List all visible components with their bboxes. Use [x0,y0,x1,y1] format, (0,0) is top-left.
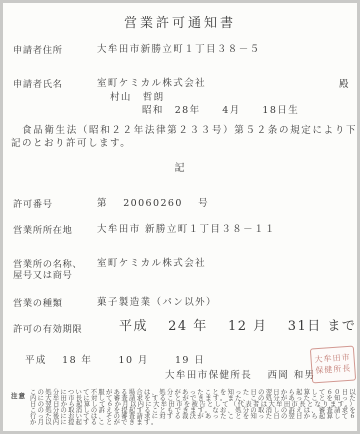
note-label: 注意 [11,391,26,400]
issue-date: 平成 18 年 10 月 19 日 [25,352,205,366]
applicant-company-name: 室町ケミカル株式会社 [97,75,206,89]
record-marker: 記 [3,159,357,174]
permit-notification-document: 営業許可通知書 申請者住所 大牟田市新勝立町１丁目３８－５ 申請者氏名 室町ケミ… [0,0,360,434]
representative-name: 村山 哲朗 [110,89,165,103]
validity-label: 許可の有効期限 [13,321,82,335]
office-location-value: 大牟田市 新勝立町１丁目３８－１１ [97,221,276,235]
stamp-text-line2: 保健所長 [315,363,352,376]
permit-number-label: 許可番号 [13,196,53,210]
note-text: この処分について不服がある場合は、処分があったことを知った日の翌日から起算して６… [30,390,357,426]
validity-value: 平成 24 年 12 月 31日 まで [119,315,356,334]
issuer-name: 大牟田市保健所長 西岡 和男 [165,367,316,381]
applicant-name-label: 申請者氏名 [13,76,63,90]
permit-number-value: 第 20060260 号 [97,195,209,209]
business-type-value: 菓子製造業（パン以外） [97,294,217,308]
official-seal-stamp: 大牟田市 保健所長 [310,346,356,384]
law-reference-paragraph: 食品衛生法（昭和２２年法律第２３３号）第５２条の規定により下記のとおり許可します… [11,124,357,150]
representative-birthdate: 昭和 28年 4月 18日生 [142,102,299,116]
office-location-label: 営業所所在地 [13,222,72,236]
business-type-label: 営業の種類 [13,295,63,309]
honorific-dono: 殿 [339,76,350,90]
document-title: 営業許可通知書 [3,12,357,31]
applicant-address-label: 申請者住所 [13,42,63,56]
applicant-address-value: 大牟田市新勝立町１丁目３８－５ [97,41,261,55]
office-name-value: 室町ケミカル株式会社 [97,255,206,269]
office-name-label-line2: 屋号又は商号 [13,267,72,281]
